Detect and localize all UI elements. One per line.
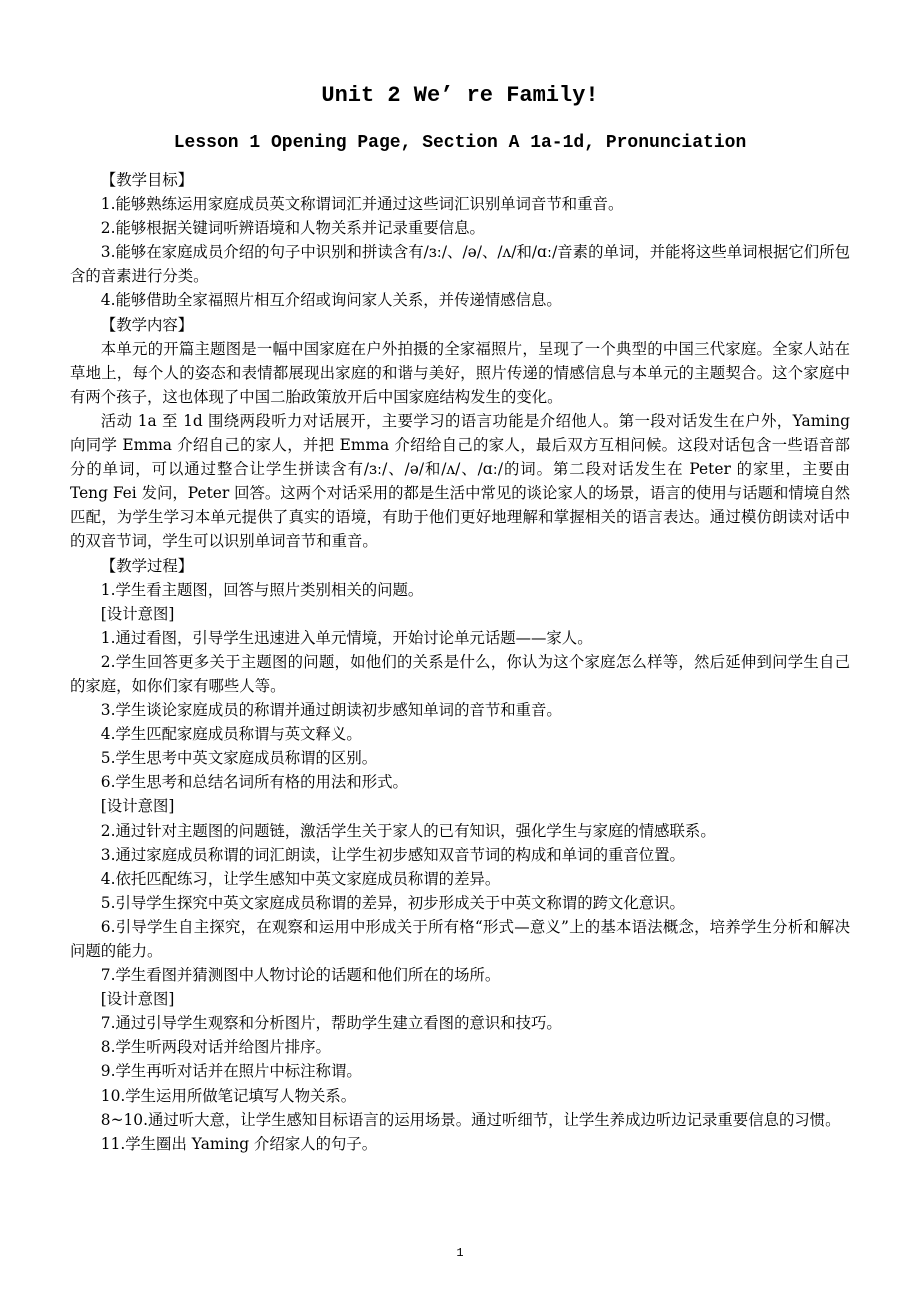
process-line: 10.学生运用所做笔记填写人物关系。 (70, 1084, 850, 1108)
design-intent-label: [设计意图] (70, 987, 850, 1011)
process-line: 3.通过家庭成员称谓的词汇朗读，让学生初步感知双音节词的构成和单词的重音位置。 (70, 843, 850, 867)
process-line: 11.学生圈出 Yaming 介绍家人的句子。 (70, 1132, 850, 1156)
document-body: 【教学目标】 1.能够熟练运用家庭成员英文称谓词汇并通过这些词汇识别单词音节和重… (70, 168, 850, 1156)
process-line: 5.学生思考中英文家庭成员称谓的区别。 (70, 746, 850, 770)
process-line: 5.引导学生探究中英文家庭成员称谓的差异，初步形成关于中英文称谓的跨文化意识。 (70, 891, 850, 915)
process-line: 6.学生思考和总结名词所有格的用法和形式。 (70, 770, 850, 794)
document-page: Unit 2 We’ re Family! Lesson 1 Opening P… (0, 0, 920, 1302)
objective-item: 2.能够根据关键词听辨语境和人物关系并记录重要信息。 (70, 216, 850, 240)
process-line: 8~10.通过听大意，让学生感知目标语言的运用场景。通过听细节，让学生养成边听边… (70, 1108, 850, 1132)
section-heading-process: 【教学过程】 (70, 554, 850, 578)
page-number: 1 (0, 1246, 920, 1260)
lesson-subtitle: Lesson 1 Opening Page, Section A 1a-1d, … (0, 130, 920, 156)
process-line: 4.依托匹配练习，让学生感知中英文家庭成员称谓的差异。 (70, 867, 850, 891)
objective-item: 3.能够在家庭成员介绍的句子中识别和拼读含有/ɜː/、/ə/、/ʌ/和/ɑː/音… (70, 240, 850, 288)
process-line: 4.学生匹配家庭成员称谓与英文释义。 (70, 722, 850, 746)
process-line: 1.学生看主题图，回答与照片类别相关的问题。 (70, 578, 850, 602)
process-line: 3.学生谈论家庭成员的称谓并通过朗读初步感知单词的音节和重音。 (70, 698, 850, 722)
objective-item: 4.能够借助全家福照片相互介绍或询问家人关系，并传递情感信息。 (70, 288, 850, 312)
section-heading-objectives: 【教学目标】 (70, 168, 850, 192)
process-line: 2.学生回答更多关于主题图的问题，如他们的关系是什么，你认为这个家庭怎么样等，然… (70, 650, 850, 698)
content-paragraph: 本单元的开篇主题图是一幅中国家庭在户外拍摄的全家福照片，呈现了一个典型的中国三代… (70, 337, 850, 409)
process-line: 6.引导学生自主探究，在观察和运用中形成关于所有格“形式—意义”上的基本语法概念… (70, 915, 850, 963)
design-intent-label: [设计意图] (70, 794, 850, 818)
design-intent-label: [设计意图] (70, 602, 850, 626)
content-paragraph: 活动 1a 至 1d 围绕两段听力对话展开，主要学习的语言功能是介绍他人。第一段… (70, 409, 850, 554)
process-line: 9.学生再听对话并在照片中标注称谓。 (70, 1059, 850, 1083)
process-line: 2.通过针对主题图的问题链，激活学生关于家人的已有知识，强化学生与家庭的情感联系… (70, 819, 850, 843)
process-line: 1.通过看图，引导学生迅速进入单元情境，开始讨论单元话题——家人。 (70, 626, 850, 650)
objective-item: 1.能够熟练运用家庭成员英文称谓词汇并通过这些词汇识别单词音节和重音。 (70, 192, 850, 216)
process-line: 7.学生看图并猜测图中人物讨论的话题和他们所在的场所。 (70, 963, 850, 987)
process-line: 8.学生听两段对话并给图片排序。 (70, 1035, 850, 1059)
section-heading-content: 【教学内容】 (70, 313, 850, 337)
process-line: 7.通过引导学生观察和分析图片，帮助学生建立看图的意识和技巧。 (70, 1011, 850, 1035)
document-title: Unit 2 We’ re Family! (0, 82, 920, 110)
